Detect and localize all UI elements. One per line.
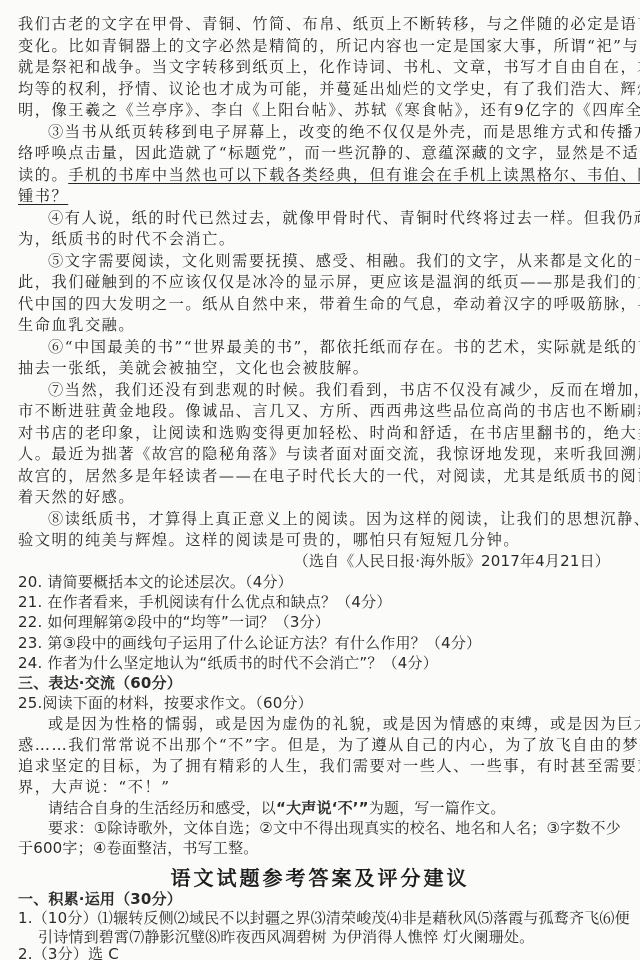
section3-heading: 三、表达·交流（60分） bbox=[18, 673, 608, 693]
passage-p5-line: 代中国的四大发明之一。纸从自然中来，带着生命的气息，牵动着汉字的呼吸筋脉，与我们… bbox=[18, 294, 608, 314]
material-line: 或是因为性格的懦弱，或是因为虚伪的礼貌，或是因为情感的束缚，或是因为巨大的诱 bbox=[48, 714, 608, 734]
question-21: 21. 在作者看来，手机阅读有什么优点和缺点？（4分） bbox=[18, 592, 608, 612]
passage-p3-line: 读的。手机的书库中当然也可以下载各类经典，但有谁会在手机上读黑格尔、韦伯、陈寅恪… bbox=[18, 165, 608, 185]
underlined-sentence-end: 锺书？ bbox=[18, 187, 68, 205]
passage-p4-line: ④有人说，纸的时代已然过去，就像甲骨时代、青铜时代终将过去一样。但我仍顽固地认 bbox=[48, 208, 608, 228]
answer-key-title: 语文试题参考答案及评分建议 bbox=[0, 862, 640, 891]
passage-p8-line: ⑧读纸质书，才算得上真正意义上的阅读。因为这样的阅读，让我们的思想沉静、深入，体 bbox=[48, 509, 608, 529]
passage-p7-line: 故宫的，居然多是年轻读者——在电子时代长大的一代，对阅读，尤其是纸质书的阅读，竟… bbox=[18, 466, 608, 486]
passage-p3-plain-text: 读的。 bbox=[18, 166, 68, 184]
essay-requirements-line: 要求：①除诗歌外，文体自选；②文中不得出现真实的校名、地名和人名；③字数不少 bbox=[48, 818, 608, 838]
essay-prompt: 请结合自身的生活经历和感受，以“大声说‘不’”为题，写一篇作文。 bbox=[48, 798, 608, 818]
material-line: 追求坚定的目标，为了拥有精彩的人生，我们需要对一些人、一些事，有时甚至需要对这个… bbox=[18, 756, 608, 776]
passage-p7-line: ⑦当然，我们还没有到悲观的时候。我们看到，书店不仅没有减少，反而在增加，在各大城 bbox=[48, 380, 608, 400]
passage-p4-line: 为，纸质书的时代不会消亡。 bbox=[18, 229, 608, 249]
passage-p2-line: 明，像王羲之《兰亭序》、李白《上阳台帖》、苏轼《寒食帖》，还有9亿字的《四库全书… bbox=[18, 100, 608, 120]
material-line: 界，大声说：“不！” bbox=[18, 777, 608, 797]
passage-p7-line: 人。最近为拙著《故宫的隐秘角落》与读者面对面交流，我惊讶地发现，来听我回溯历史、… bbox=[18, 444, 608, 464]
passage-p6-line: ⑥“中国最美的书”“世界最美的书”，都依托纸而存在。书的艺术，实际就是纸的艺术。 bbox=[48, 337, 608, 357]
answer-section1-heading: 一、积累·运用（30分） bbox=[18, 889, 608, 909]
passage-p8-line: 验文明的纯美与辉煌。这样的阅读是可贵的，哪怕只有短短几分钟。 bbox=[18, 530, 608, 550]
passage-p5-line: 此，我们碰触到的不应该仅仅是冰冷的显示屏，更应该是温润的纸页——那是我们的文化，… bbox=[18, 272, 608, 292]
material-line: 惑……我们常常说不出那个“不”字。但是，为了遵从自己的内心，为了放飞自由的梦想，… bbox=[18, 735, 608, 755]
essay-prompt-post: 为题，写一篇作文。 bbox=[369, 799, 506, 817]
passage-p6-line: 抽去一张纸，美就会被抽空，文化也会被肢解。 bbox=[18, 358, 608, 378]
passage-p3-line: 络呼唤点击量，因此造就了“标题党”，而一些沉静的、意蕴深藏的文字，显然是不适合手… bbox=[18, 143, 608, 163]
passage-source: （选自《人民日报·海外版》2017年4月21日） bbox=[294, 551, 610, 571]
question-20: 20. 请简要概括本文的论述层次。（4分） bbox=[18, 572, 608, 592]
answer-item-1: 1.（10分）⑴辗转反侧⑵域民不以封疆之界⑶清荣峻茂⑷非是藉秋风⑸落霞与孤鹜齐飞… bbox=[18, 908, 608, 928]
passage-p7-line: 着天然的好感。 bbox=[18, 487, 608, 507]
question-23: 23. 第③段中的画线句子运用了什么论证方法？有什么作用？（4分） bbox=[18, 633, 608, 653]
essay-title: “大声说‘不’” bbox=[276, 799, 369, 817]
answer-item-2: 2.（3分）选 C bbox=[18, 944, 608, 960]
passage-p3-line: ③当书从纸页转移到电子屏幕上，改变的绝不仅仅是外壳，而是思维方式和传播方式。网 bbox=[48, 122, 608, 142]
passage-p2-line: 我们古老的文字在甲骨、青铜、竹简、布帛、纸页上不断转移，与之伴随的必定是语言和内… bbox=[18, 14, 608, 34]
passage-p2-line: 均等的权利，抒情、议论也才成为可能，并蔓延出灿烂的文学史，有了我们浩大、辉煌的纸… bbox=[18, 79, 608, 99]
passage-p5-line: ⑤文字需要阅读，文化则需要抚摸、感受、相融。我们的文字，从来都是文化的一部分。因 bbox=[48, 251, 608, 271]
passage-p2-line: 就是祭祀和战争。当文字转移到纸页上，化作诗词、书札、文章，书写才自由自在，才成为… bbox=[18, 57, 608, 77]
question-22: 22. 如何理解第②段中的“均等”一词？（3分） bbox=[18, 612, 608, 632]
passage-p7-line: 市不断进驻黄金地段。像诚品、言几又、方所、西西弗这些品位高尚的书店也不断刷新着我… bbox=[18, 401, 608, 421]
essay-prompt-pre: 请结合自身的生活经历和感受，以 bbox=[48, 799, 276, 817]
essay-requirements-line: 于600字；④卷面整洁，书写工整。 bbox=[18, 838, 608, 858]
question-24: 24. 作者为什么坚定地认为“纸质书的时代不会消亡”？（4分） bbox=[18, 653, 608, 673]
question-25: 25.阅读下面的材料，按要求作文。（60分） bbox=[18, 693, 608, 713]
underlined-sentence: 手机的书库中当然也可以下载各类经典，但有谁会在手机上读黑格尔、韦伯、陈寅恪、钱 bbox=[68, 166, 640, 184]
passage-p2-line: 变化。比如青铜器上的文字必然是精简的，所记内容也一定是国家大事，所谓“祀”与“戎… bbox=[18, 36, 608, 56]
passage-p3-line: 锺书？ bbox=[18, 186, 608, 206]
passage-p7-line: 对书店的老印象，让阅读和选购变得更加轻松、时尚和舒适，在书店里翻书的，绝大多数是… bbox=[18, 423, 608, 443]
passage-p5-line: 生命血乳交融。 bbox=[18, 315, 608, 335]
exam-page: 我们古老的文字在甲骨、青铜、竹简、布帛、纸页上不断转移，与之伴随的必定是语言和内… bbox=[0, 0, 640, 960]
